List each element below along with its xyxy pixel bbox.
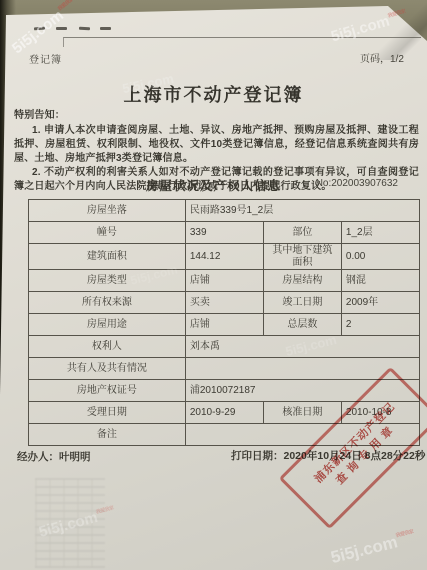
row-label: 核准日期 — [263, 402, 341, 424]
row-label: 所有权来源 — [29, 292, 186, 314]
header-doc-label: 登记簿 — [29, 51, 62, 66]
row-value: 2009年 — [341, 292, 419, 314]
row-label: 共有人及共有情况 — [29, 358, 186, 380]
row-label: 受理日期 — [29, 402, 186, 424]
row-label: 房屋用途 — [29, 314, 186, 336]
table-row: 房屋类型 店铺 房屋结构 钢混 — [29, 270, 420, 292]
row-value: 店铺 — [185, 270, 263, 292]
row-value: 144.12 — [185, 244, 263, 270]
table-row: 幢号 339 部位 1_2层 — [29, 222, 420, 244]
notice-paragraph-1: 1. 申请人本次申请查阅房屋、土地、异议、房地产抵押、预购房屋及抵押、建设工程抵… — [14, 124, 419, 166]
row-label: 房地产权证号 — [29, 380, 186, 402]
document-photo: 登记簿 页码，1/2 上海市不动产登记簿 特别告知： 1. 申请人本次申请查阅房… — [0, 0, 427, 570]
row-value: 0.00 — [341, 244, 419, 270]
row-label: 权利人 — [29, 336, 186, 358]
operator-name: 叶明明 — [59, 451, 91, 463]
row-value: 2 — [341, 314, 419, 336]
row-label: 部位 — [263, 222, 341, 244]
table-row: 共有人及共有情况 — [29, 358, 420, 380]
watermark-tag: 我爱我家 — [57, 0, 75, 12]
row-value: 339 — [185, 222, 263, 244]
row-label: 其中地下建筑面积 — [263, 244, 341, 270]
header-page-number: 页码，1/2 — [360, 50, 404, 65]
print-date-label: 打印日期： — [231, 450, 284, 462]
table-row: 权利人 刘本禹 — [29, 336, 420, 358]
row-label: 备注 — [29, 424, 186, 446]
document-number: No:202003907632 — [316, 178, 398, 189]
row-value: 1_2层 — [341, 222, 419, 244]
watermark-tag: 我爱我家 — [395, 529, 414, 539]
row-value: 买卖 — [185, 292, 263, 314]
row-value: 2010-9-29 — [185, 402, 263, 424]
row-label: 竣工日期 — [263, 292, 341, 314]
row-value: 钢混 — [341, 270, 419, 292]
binding-mark — [100, 27, 111, 30]
table-row: 房屋坐落 民雨路339号1_2层 — [29, 200, 420, 222]
row-label: 幢号 — [29, 222, 186, 244]
document-title: 上海市不动产登记簿 — [0, 81, 427, 107]
operator-line: 经办人：叶明明 — [17, 449, 91, 464]
operator-label: 经办人： — [17, 451, 59, 463]
table-row: 所有权来源 买卖 竣工日期 2009年 — [29, 292, 420, 314]
row-value: 民雨路339号1_2层 — [185, 200, 419, 222]
binding-mark — [56, 27, 67, 30]
row-label: 房屋坐落 — [29, 200, 186, 222]
table-row: 建筑面积 144.12 其中地下建筑面积 0.00 — [29, 244, 420, 270]
notice-heading: 特别告知： — [14, 109, 419, 123]
back-sheet-edge — [63, 37, 421, 47]
table-row: 房屋用途 店铺 总层数 2 — [29, 314, 420, 336]
row-value: 店铺 — [185, 314, 263, 336]
binding-mark — [79, 27, 90, 31]
row-label: 房屋结构 — [263, 270, 341, 292]
